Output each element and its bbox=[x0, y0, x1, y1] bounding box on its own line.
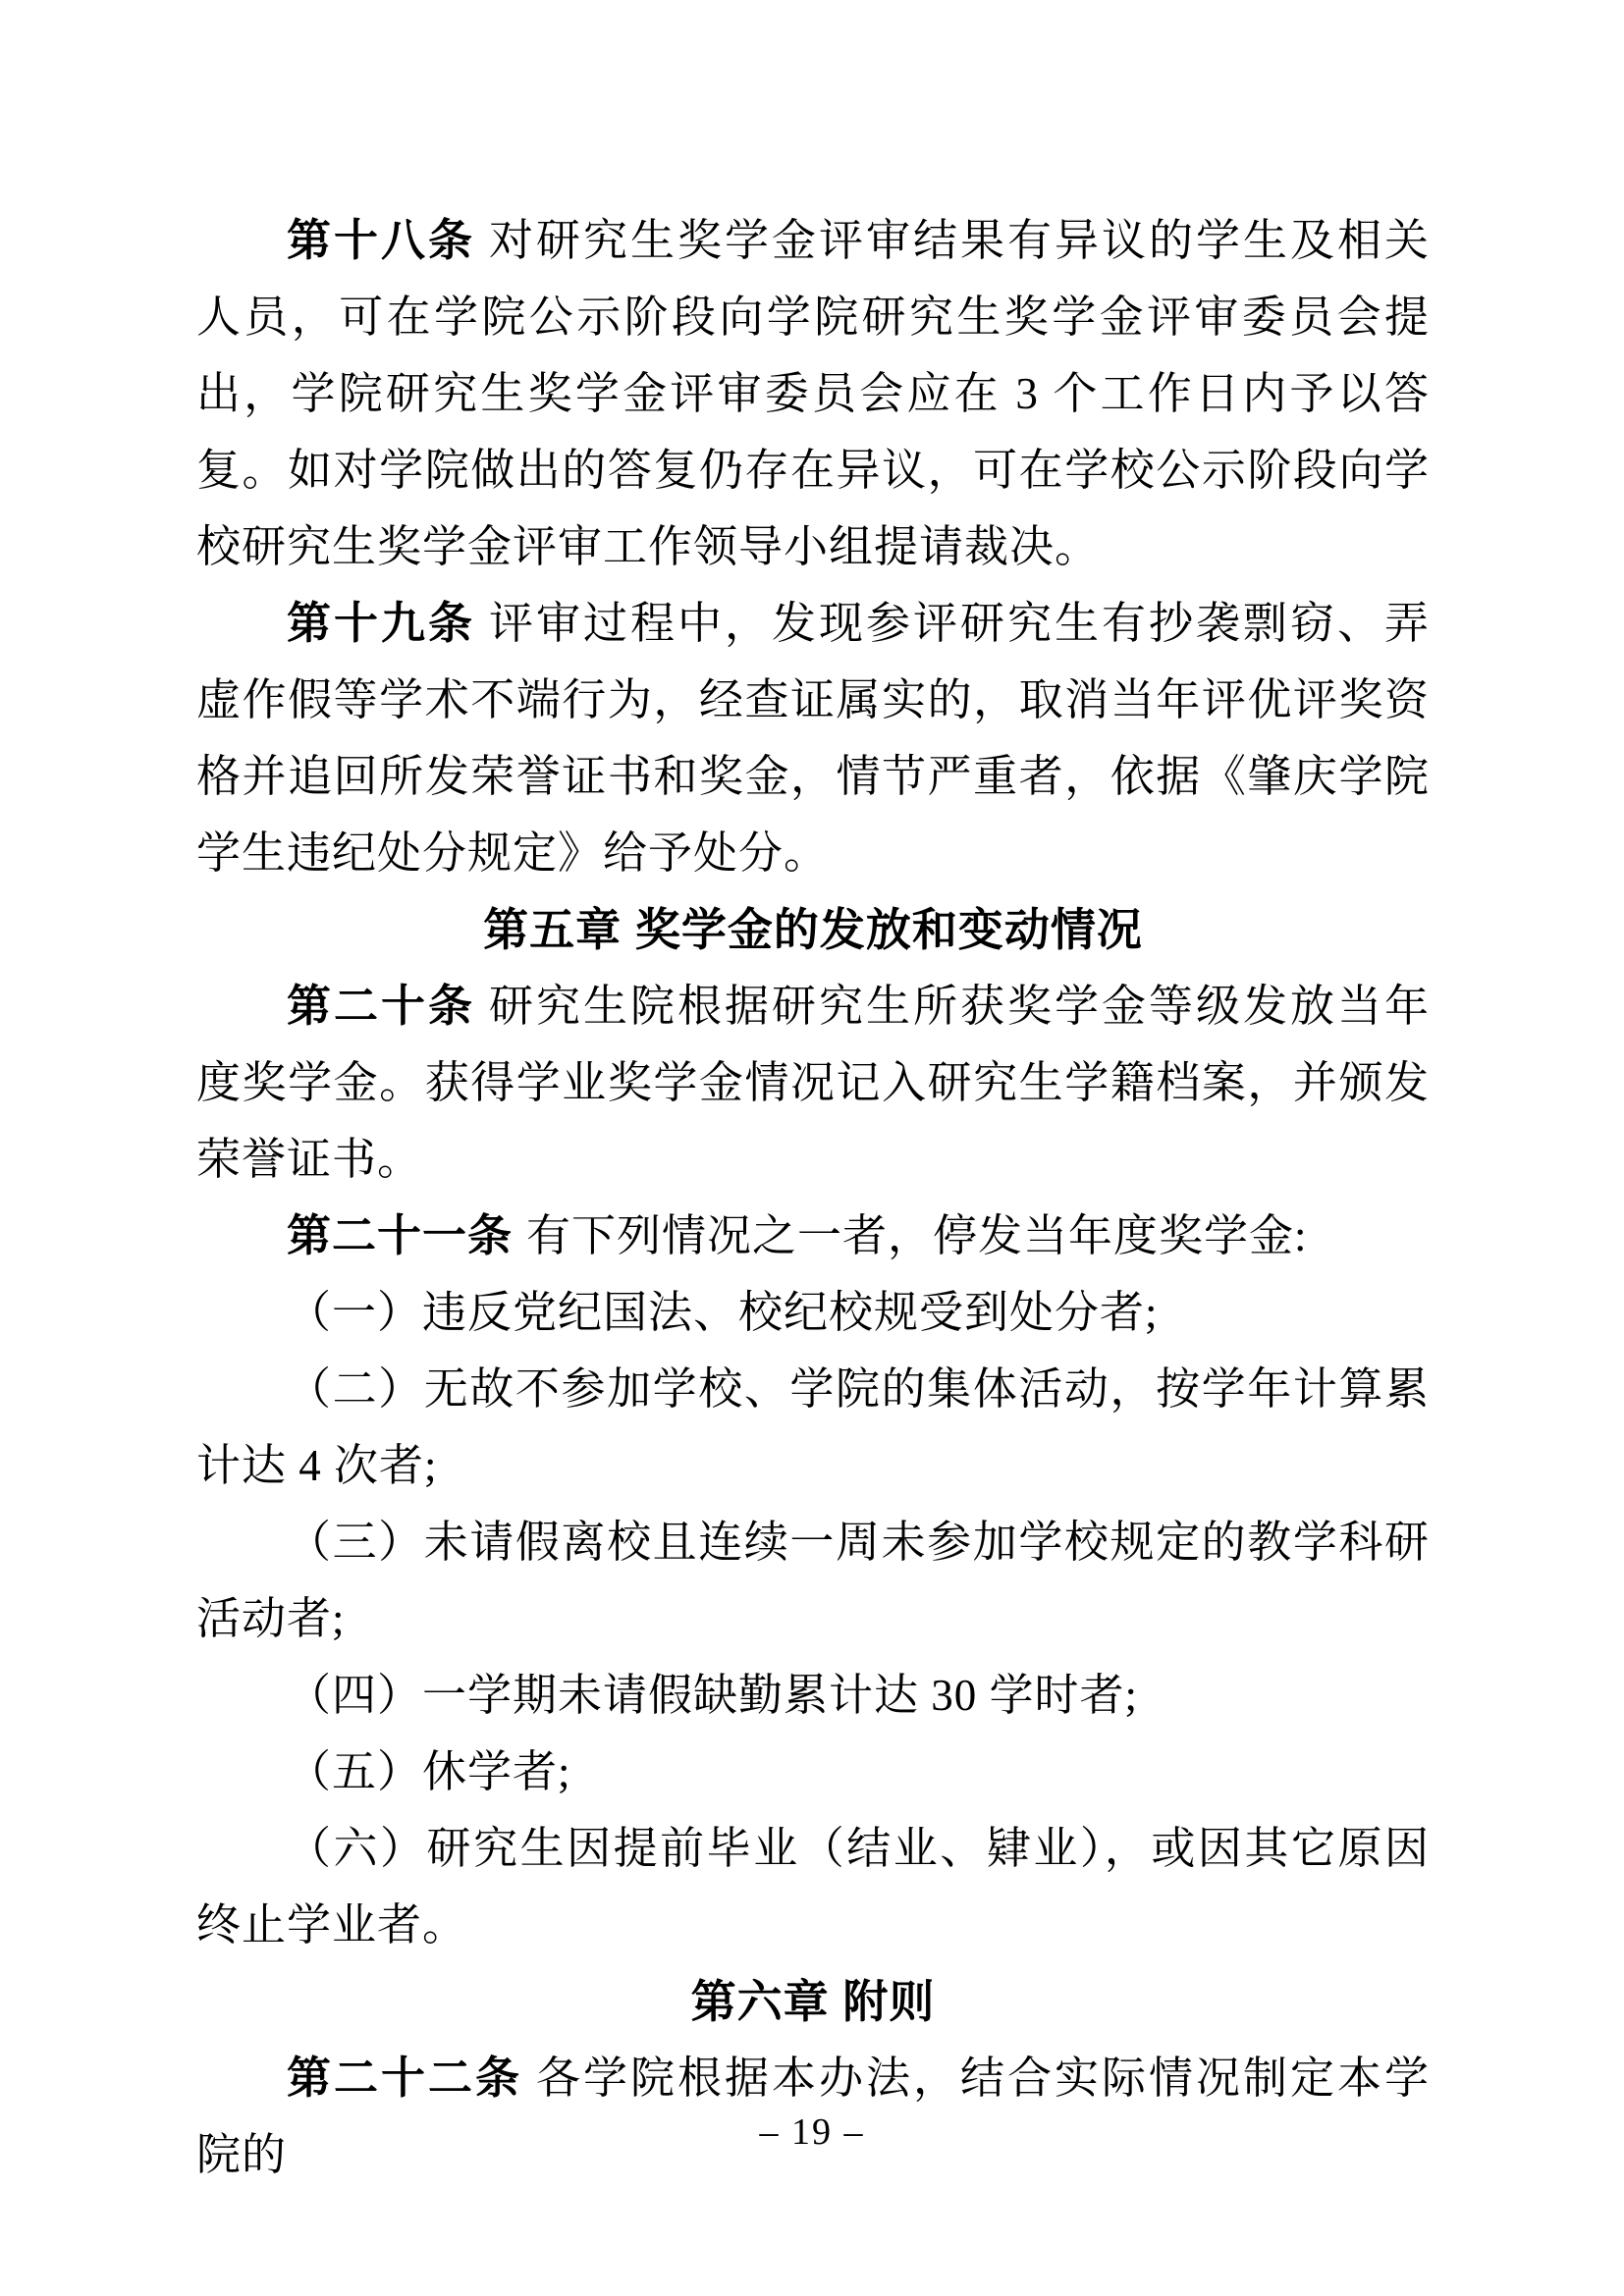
article-21-text: 有下列情况之一者，停发当年度奖学金: bbox=[526, 1211, 1308, 1260]
article-22-number: 第二十二条 bbox=[287, 2053, 522, 2103]
document-body: 第十八条对研究生奖学金评审结果有异议的学生及相关人员，可在学院公示阶段向学院研究… bbox=[196, 202, 1430, 2193]
article-18-text: 对研究生奖学金评审结果有异议的学生及相关人员，可在学院公示阶段向学院研究生奖学金… bbox=[196, 216, 1430, 571]
clause-item-4: （四）一学期未请假缺勤累计达 30 学时者; bbox=[196, 1657, 1430, 1734]
document-page: 第十八条对研究生奖学金评审结果有异议的学生及相关人员，可在学院公示阶段向学院研究… bbox=[0, 0, 1624, 2296]
chapter-6-heading: 第六章 附则 bbox=[196, 1963, 1430, 2040]
article-19-paragraph: 第十九条评审过程中，发现参评研究生有抄袭剽窃、弄虚作假等学术不端行为，经查证属实… bbox=[196, 585, 1430, 891]
article-19-number: 第十九条 bbox=[287, 598, 475, 648]
chapter-5-heading: 第五章 奖学金的发放和变动情况 bbox=[196, 891, 1430, 968]
page-number: – 19 – bbox=[0, 2109, 1624, 2156]
article-18-number: 第十八条 bbox=[287, 215, 475, 265]
article-18-paragraph: 第十八条对研究生奖学金评审结果有异议的学生及相关人员，可在学院公示阶段向学院研究… bbox=[196, 202, 1430, 585]
article-20-number: 第二十条 bbox=[287, 981, 475, 1031]
article-21-number: 第二十一条 bbox=[287, 1210, 513, 1260]
clause-item-6: （六）研究生因提前毕业（结业、肄业），或因其它原因终止学业者。 bbox=[196, 1810, 1430, 1963]
article-21-paragraph: 第二十一条有下列情况之一者，停发当年度奖学金: bbox=[196, 1198, 1430, 1274]
article-20-paragraph: 第二十条研究生院根据研究生所获奖学金等级发放当年度奖学金。获得学业奖学金情况记入… bbox=[196, 968, 1430, 1198]
clause-item-3: （三）未请假离校且连续一周未参加学校规定的教学科研活动者; bbox=[196, 1504, 1430, 1657]
clause-item-2: （二）无故不参加学校、学院的集体活动，按学年计算累计达 4 次者; bbox=[196, 1351, 1430, 1504]
clause-item-1: （一）违反党纪国法、校纪校规受到处分者; bbox=[196, 1274, 1430, 1351]
clause-item-5: （五）休学者; bbox=[196, 1734, 1430, 1810]
